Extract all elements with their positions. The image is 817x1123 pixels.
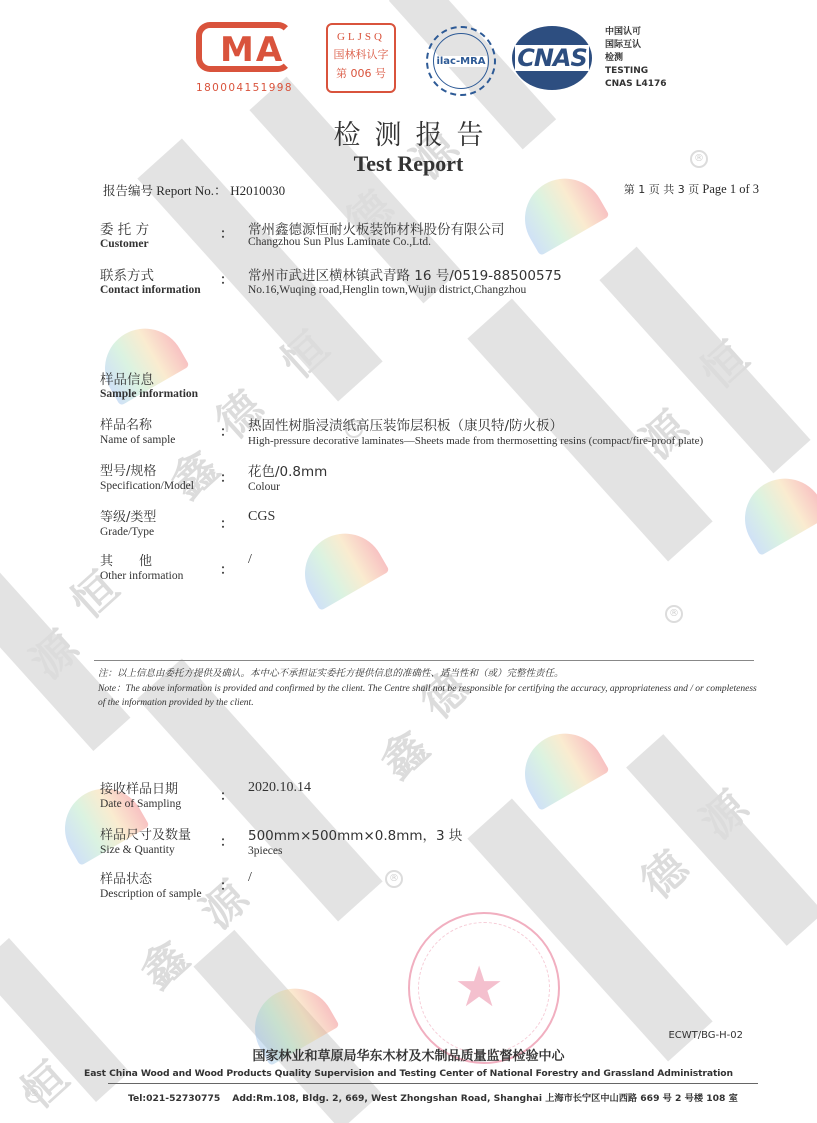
cma-logo: MA 180004151998 [196,22,296,94]
cma-number: 180004151998 [196,82,296,94]
gljsq-logo: GLJSQ 国林科认字 第 006 号 [326,23,396,93]
page-title-cn: 检测报告 [0,113,817,152]
gljsq-line3: 第 006 号 [328,65,394,81]
form-code: ECWT/BG-H-02 [668,1030,743,1041]
cnas-caption: 中国认可 国际互认 检测 TESTING CNAS L4176 [605,26,667,91]
footer-divider [108,1083,758,1084]
cnas-logo: CNAS [512,26,592,90]
customer-name-en: Changzhou Sun Plus Laminate Co.,Ltd. [248,236,431,248]
gljsq-line2: 国林科认字 [328,46,394,62]
report-number: 报告编号 Report No.： H2010030 [103,180,285,199]
report-number-value: H2010030 [230,183,285,198]
telephone: Tel:021-52730775 [128,1093,220,1104]
page-indicator: 第 1 页 共 3 页 Page 1 of 3 [624,181,759,197]
address: Add:Rm.108, Bldg. 2, 669, West Zhongshan… [232,1093,738,1104]
contact-address-cn: 常州市武进区横林镇武青路 16 号/0519-88500575 [248,264,562,284]
star-icon: ★ [454,958,504,1018]
cma-mark-icon: MA [196,22,292,72]
contact-address-en: No.16,Wuqing road,Henglin town,Wujin dis… [248,284,526,296]
gljsq-line1: GLJSQ [328,31,394,43]
note-divider [94,660,754,661]
test-report-page: MA 180004151998 GLJSQ 国林科认字 第 006 号 ilac… [0,0,817,1123]
footer-contact: Tel:021-52730775Add:Rm.108, Bldg. 2, 669… [128,1090,738,1104]
disclaimer-note-cn: 注：以上信息由委托方提供及确认。本中心不承担证实委托方提供信息的准确性、适当性和… [98,665,564,679]
customer-name-cn: 常州鑫德源恒耐火板装饰材料股份有限公司 [248,218,505,238]
official-seal-stamp: ★ [408,912,560,1064]
ilac-globe-icon: ilac-MRA [433,33,489,89]
disclaimer-note-en: Note：The above information is provided a… [98,682,758,710]
organization-name-cn: 国家林业和草原局华东木材及木制品质量监督检验中心 [0,1045,817,1064]
organization-name-en: East China Wood and Wood Products Qualit… [0,1068,817,1079]
ilac-mra-logo: ilac-MRA [426,26,496,96]
page-title-en: Test Report [0,151,817,177]
